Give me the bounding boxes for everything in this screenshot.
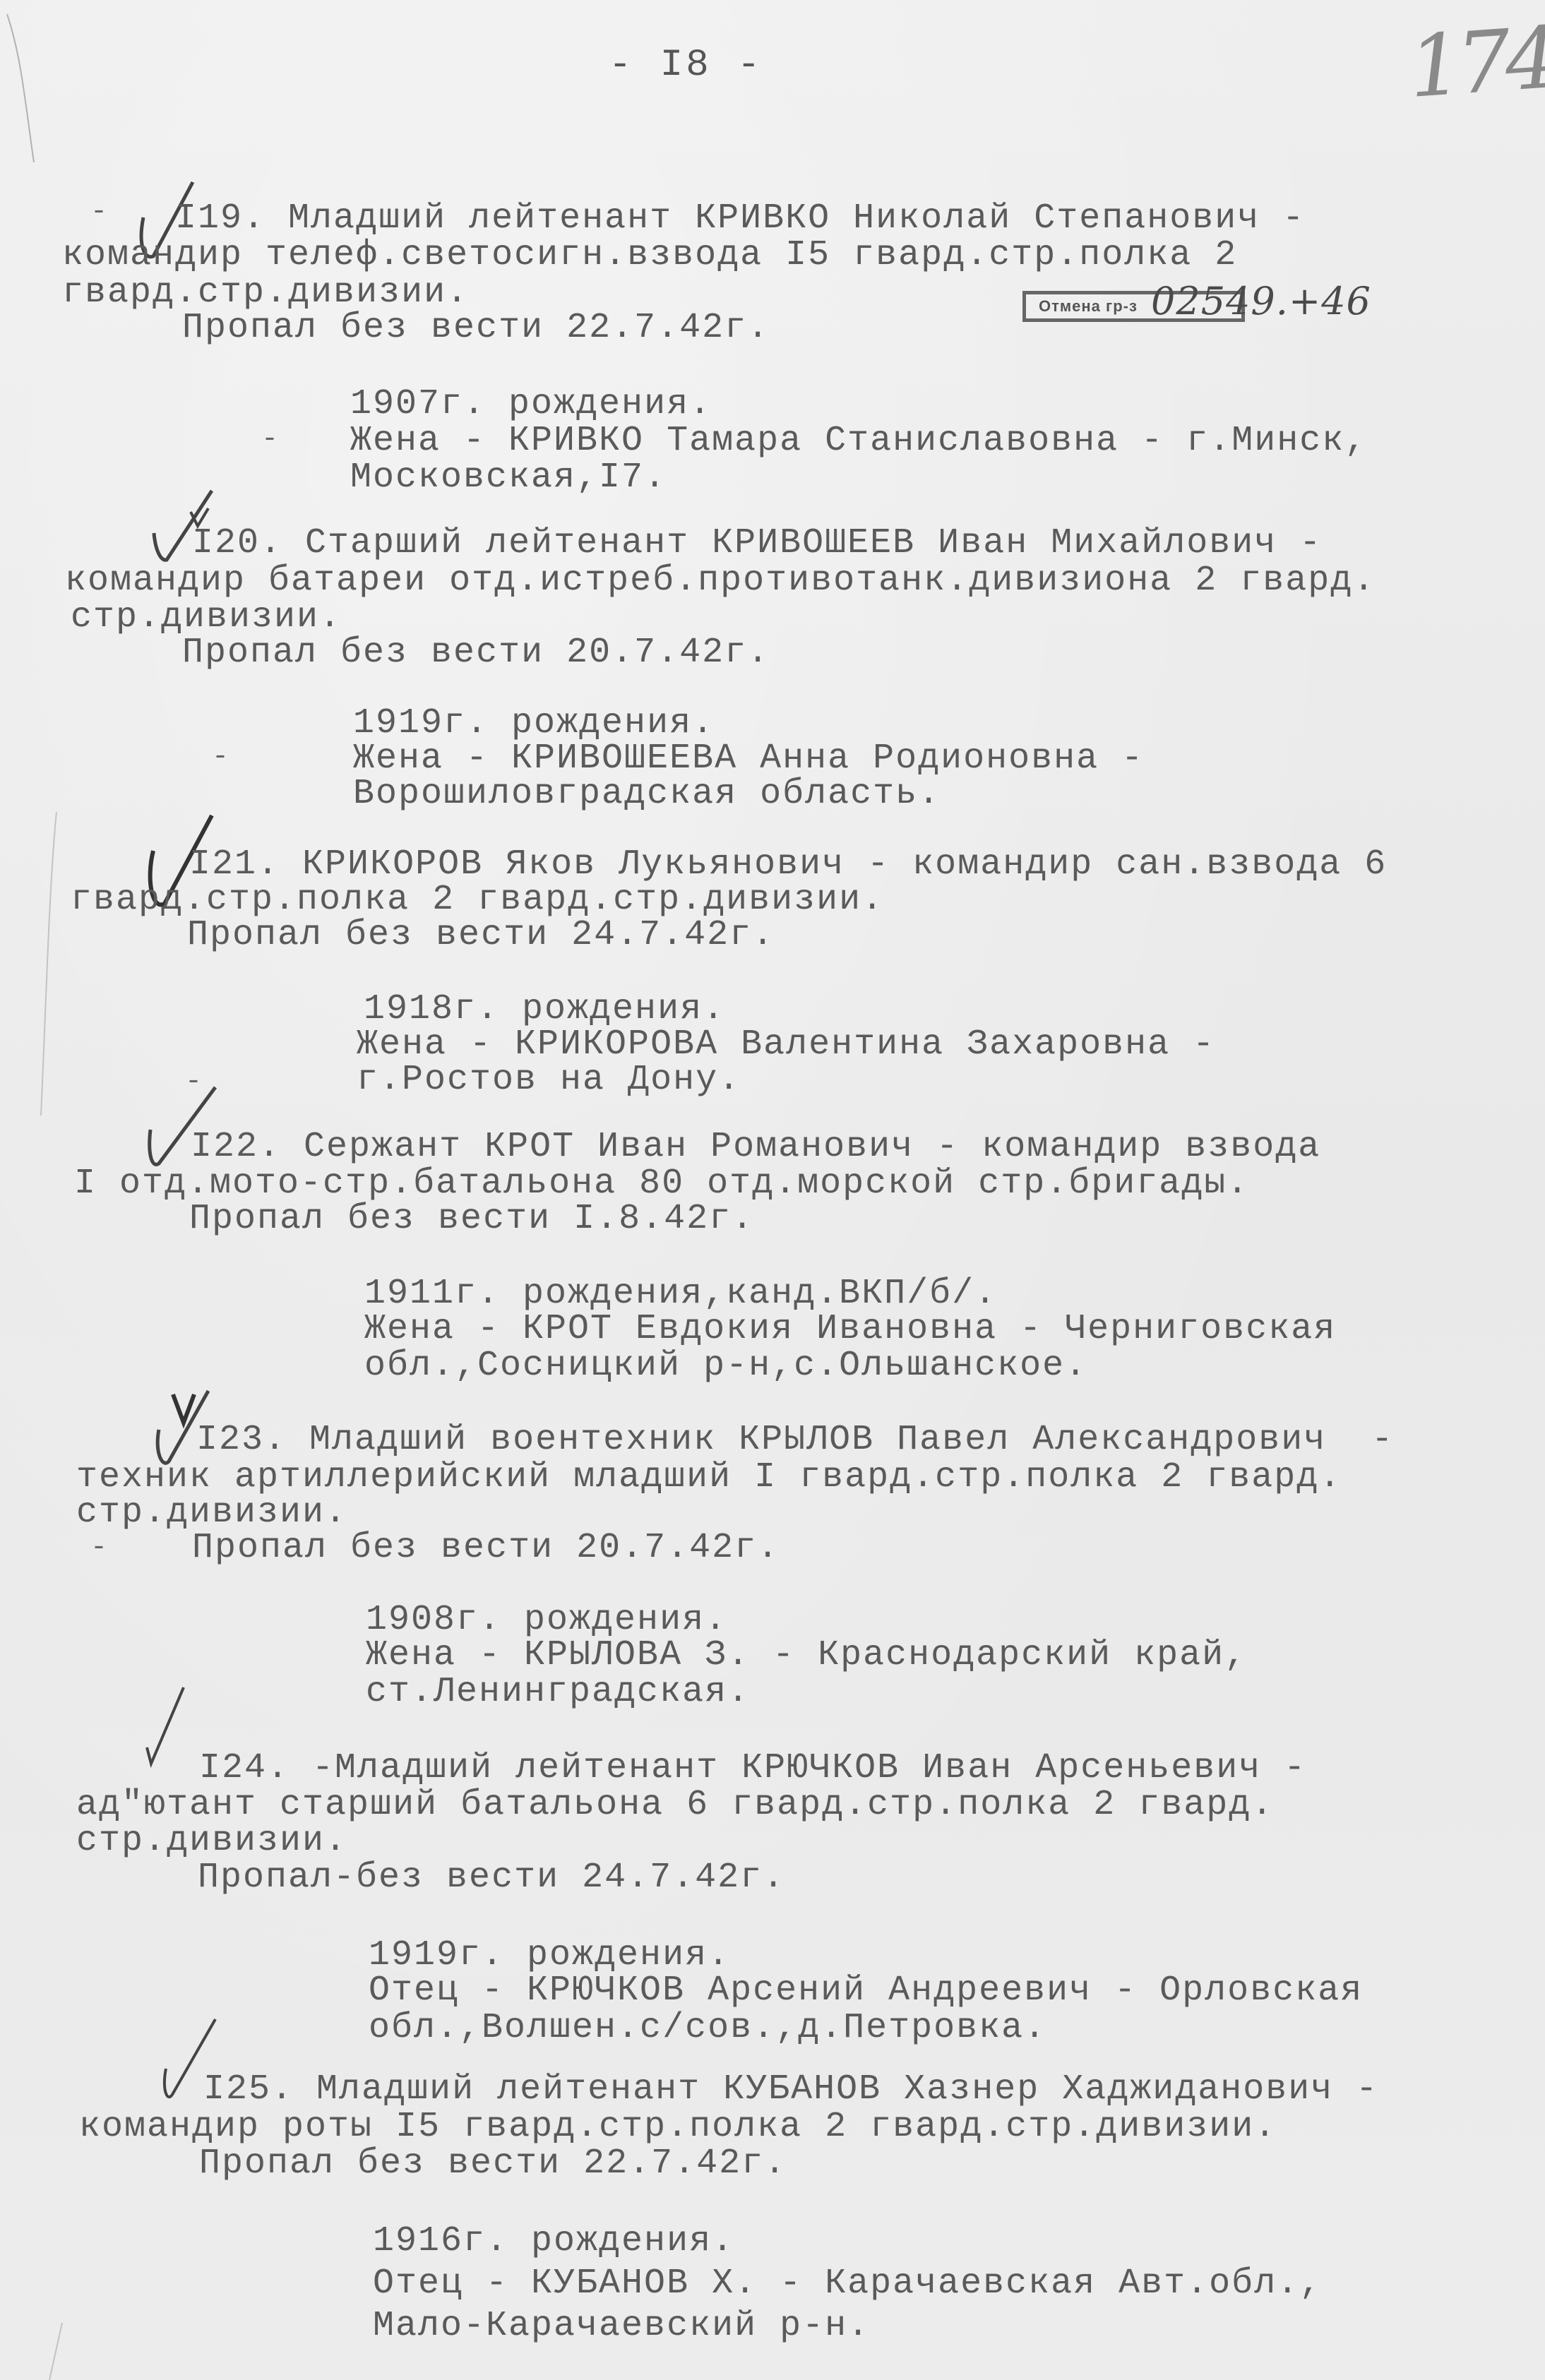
birth-year: 1919г. рождения. (353, 706, 715, 741)
margin-dash: - (185, 1066, 202, 1098)
margin-dash: - (90, 196, 107, 228)
margin-dash: - (212, 741, 229, 773)
entry-line: гвард.стр.дивизии. (62, 275, 469, 311)
stamp-label: Отмена гр-з (1039, 297, 1138, 316)
entry-heading: Младший лейтенант КУБАНОВ Хазнер Хаджида… (316, 2069, 1378, 2110)
missing-date: Пропал без вести 24.7.42г. (187, 918, 775, 953)
relative-line: Отец - КРЮЧКОВ Арсений Андреевич - Орлов… (369, 1973, 1363, 2009)
entry-heading: Младший лейтенант КРИВКО Николай Степано… (288, 198, 1305, 239)
margin-dash: - (261, 424, 278, 455)
birth-year: 1918г. рождения. (364, 992, 725, 1027)
stamp-handwritten-number: 02549.+46 (1151, 279, 1371, 323)
folio-number-handwritten: 174 (1405, 9, 1545, 117)
relative-line: Московская,I7. (350, 460, 667, 496)
entry-line: стр.дивизии. (76, 1495, 347, 1531)
entry-number: I22. (191, 1127, 281, 1167)
missing-date: Пропал без вести I.8.42г. (189, 1202, 754, 1237)
relative-line: обл.,Волшен.с/сов.,д.Петровка. (369, 2011, 1046, 2046)
entry-line: гвард.стр.полка 2 гвард.стр.дивизии. (71, 883, 884, 918)
missing-date: Пропал без вести 20.7.42г. (192, 1531, 780, 1566)
entry-heading: КРИКОРОВ Яков Лукьянович - командир сан.… (302, 844, 1387, 885)
entry-heading: -Младший лейтенант КРЮЧКОВ Иван Арсеньев… (312, 1748, 1306, 1788)
entry-line: командир роты I5 гвард.стр.полка 2 гвард… (79, 2110, 1277, 2145)
missing-date: Пропал без вести 20.7.42г. (182, 635, 770, 671)
entry-line: командир батареи отд.истреб.противотанк.… (65, 563, 1376, 599)
missing-date: Пропал-без вести 24.7.42г. (198, 1860, 785, 1896)
entry-number: I23. (196, 1420, 287, 1460)
birth-year: 1908г. рождения. (366, 1603, 727, 1638)
entry-line: ад"ютант старший батальона 6 гвард.стр.п… (76, 1788, 1274, 1823)
relative-line: ст.Ленинградская. (366, 1675, 750, 1710)
relative-line: обл.,Сосницкий р-н,с.Ольшанское. (364, 1349, 1087, 1384)
relative-line: Жена - КРИКОРОВА Валентина Захаровна - (357, 1027, 1215, 1063)
missing-date: Пропал без вести 22.7.42г. (199, 2146, 787, 2182)
entry-line: командир телеф.светосигн.взвода I5 гвард… (62, 238, 1237, 273)
entry-number: I21. (189, 844, 280, 885)
entry-line: I отд.мото-стр.батальона 80 отд.морской … (74, 1166, 1249, 1202)
birth-year: 1907г. рождения. (350, 387, 712, 422)
entry-number: I19. (175, 198, 266, 239)
page-number: - I8 - (609, 44, 763, 87)
margin-dash: - (90, 1532, 107, 1564)
entry-line: стр.дивизии. (71, 600, 342, 635)
checkmark-icon (141, 1702, 198, 1779)
entry-heading: Сержант КРОТ Иван Романович - командир в… (304, 1127, 1320, 1167)
relative-line: Мало-Карачаевский р-н. (373, 2309, 870, 2344)
entry-line: техник артиллерийский младший I гвард.ст… (76, 1460, 1342, 1495)
entry-line: стр.дивизии. (76, 1824, 347, 1859)
missing-date: Пропал без вести 22.7.42г. (182, 311, 770, 346)
birth-year: 1916г. рождения. (373, 2224, 734, 2259)
relative-line: г.Ростов на Дону. (357, 1063, 741, 1098)
relative-line: Жена - КРИВОШЕЕВА Анна Родионовна - (353, 741, 1144, 777)
entry-heading: Младший воентехник КРЫЛОВ Павел Александ… (309, 1420, 1394, 1460)
birth-year: 1919г. рождения. (369, 1938, 730, 1973)
entry-heading: Старший лейтенант КРИВОШЕЕВ Иван Михайло… (305, 523, 1322, 563)
entry-number: I25. (203, 2069, 294, 2110)
relative-line: Жена - КРОТ Евдокия Ивановна - Черниговс… (364, 1312, 1336, 1347)
birth-year: 1911г. рождения,канд.ВКП/б/. (364, 1276, 997, 1312)
entry-number: I24. (199, 1748, 290, 1788)
relative-line: Ворошиловградская область. (353, 777, 941, 812)
relative-line: Жена - КРИВКО Тамара Станиславовна - г.М… (350, 424, 1367, 459)
entry-number: I20. (192, 523, 282, 563)
relative-line: Жена - КРЫЛОВА З. - Краснодарский край, (366, 1638, 1247, 1673)
relative-line: Отец - КУБАНОВ Х. - Карачаевская Авт.обл… (373, 2266, 1322, 2302)
